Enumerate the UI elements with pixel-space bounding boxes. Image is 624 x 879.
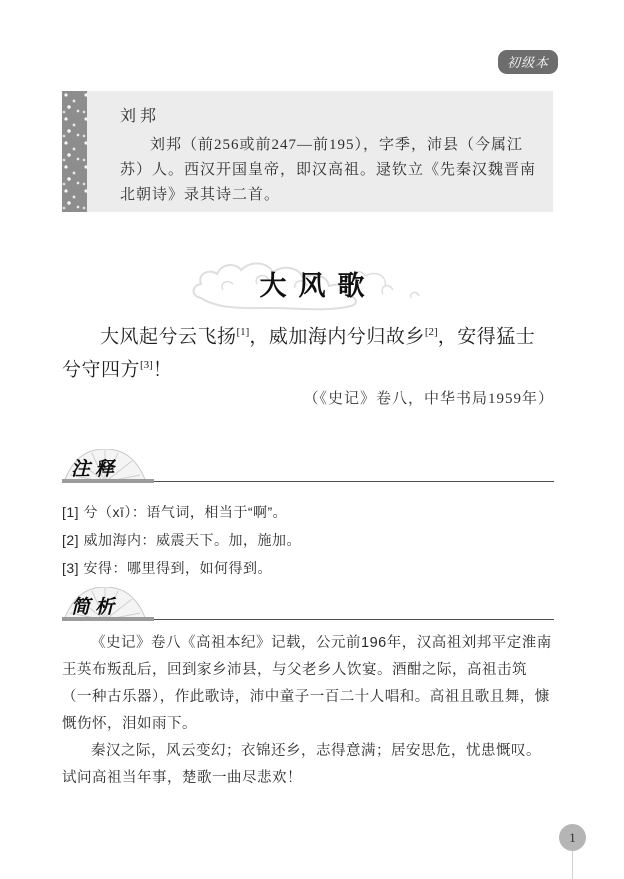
footnote-ref-2: [2] bbox=[425, 326, 438, 338]
header-bar bbox=[62, 617, 154, 621]
poem-source: （《史记》卷八，中华书局1959年） bbox=[62, 387, 554, 408]
analysis-body: 《史记》卷八《高祖本纪》记载，公元前196年，汉高祖刘邦平定淮南王英布叛乱后，回… bbox=[62, 630, 554, 792]
author-bio: 刘邦（前256或前247—前195），字季，沛县（今属江苏）人。西汉开国皇帝，即… bbox=[120, 133, 539, 208]
header-bar bbox=[62, 479, 154, 483]
notes-section-label: 注释 bbox=[71, 454, 119, 481]
poem-segment: 大风起兮云飞扬 bbox=[100, 326, 237, 347]
analysis-paragraph: 秦汉之际，风云变幻；衣锦还乡，志得意满；居安思危，忧患慨叹。试问高祖当年事，楚歌… bbox=[62, 738, 554, 792]
analysis-paragraph: 《史记》卷八《高祖本纪》记载，公元前196年，汉高祖刘邦平定淮南王英布叛乱后，回… bbox=[62, 630, 554, 738]
notes-list: [1] 兮（xī）：语气词，相当于“啊”。 [2] 威加海内：威震天下。加，施加… bbox=[62, 498, 554, 582]
poem-title-block: 大风歌 bbox=[0, 258, 624, 314]
note-item: [1] 兮（xī）：语气词，相当于“啊”。 bbox=[62, 498, 554, 526]
analysis-section-label: 简析 bbox=[71, 592, 119, 619]
poem-title: 大风歌 bbox=[248, 258, 377, 314]
notes-section-header: 注释 bbox=[62, 449, 554, 485]
poem-text: 大风起兮云飞扬[1]，威加海内兮归故乡[2]，安得猛士兮守四方[3]！ bbox=[62, 318, 554, 385]
page-number-badge: 1 bbox=[559, 824, 586, 851]
page-number-rule bbox=[572, 851, 573, 879]
author-box: 刘邦 刘邦（前256或前247—前195），字季，沛县（今属江苏）人。西汉开国皇… bbox=[62, 91, 553, 212]
poem-segment: ，威加海内兮归故乡 bbox=[249, 326, 425, 347]
footnote-ref-3: [3] bbox=[140, 359, 153, 371]
header-rule bbox=[154, 619, 554, 620]
author-box-content: 刘邦 刘邦（前256或前247—前195），字季，沛县（今属江苏）人。西汉开国皇… bbox=[87, 91, 553, 212]
analysis-section-header: 简析 bbox=[62, 587, 554, 623]
floral-pattern-strip bbox=[62, 91, 87, 212]
note-item: [3] 安得：哪里得到，如何得到。 bbox=[62, 554, 554, 582]
edition-badge: 初级本 bbox=[498, 50, 558, 74]
header-rule bbox=[154, 481, 554, 482]
note-item: [2] 威加海内：威震天下。加，施加。 bbox=[62, 526, 554, 554]
footnote-ref-1: [1] bbox=[237, 326, 250, 338]
author-name: 刘邦 bbox=[120, 103, 539, 126]
poem-segment: ！ bbox=[153, 360, 173, 381]
